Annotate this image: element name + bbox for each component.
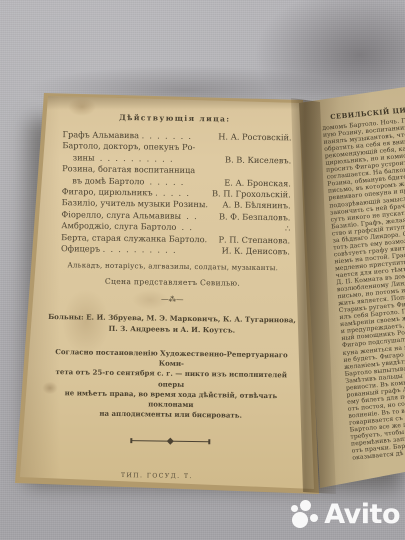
cast-performer: Н. А. Ростовскій. — [218, 131, 291, 143]
cast-performer: Р. П. Степанова. — [219, 234, 291, 246]
left-page-content: Дѣйствующія лица: Графъ Альмавива . . . … — [45, 104, 300, 481]
avito-logo-icon — [290, 500, 321, 529]
cast-list-row: Офицеръ . . . . . . . . . . И. К. Денисо… — [61, 243, 290, 258]
cast-performer: В. В. Киселевъ. — [225, 154, 291, 166]
synopsis-text: домомъ Бартоло. Ночь. Графъ ную Розину, … — [322, 111, 405, 461]
scene-note: Сцена представляетъ Севилью. — [47, 276, 297, 288]
avito-watermark: Avito — [290, 500, 400, 529]
asterism-ornament: —⁂— — [47, 293, 297, 305]
cast-list: Графъ Альмавива . . . . . . . Н. А. Рост… — [48, 129, 300, 258]
ensemble-note: Алькадъ, нотаріусъ, алгвазилы, солдаты, … — [48, 260, 298, 272]
cast-role: Офицеръ . . . . . . . . . . — [61, 243, 176, 256]
cast-list-header: Дѣйствующія лица: — [50, 112, 300, 124]
cast-performer: В. Ф. Безпаловъ. — [219, 211, 291, 223]
cast-performer: ∴ — [285, 224, 290, 235]
sick-notice: Больны: Е. И. Збруева, М. Э. Марковичъ, … — [47, 312, 297, 337]
committee-decree-line: на аплодисменты или бисировать. — [46, 408, 296, 422]
committee-decree: Согласно постановленію Художественно-Реп… — [46, 347, 297, 423]
avito-watermark-label: Avito — [324, 501, 400, 528]
cast-performer: И. К. Денисовъ. — [222, 245, 290, 257]
cast-performer: Е. А. Бронская. — [224, 177, 291, 189]
cast-performer: А. В. Бѣлянинъ. — [222, 200, 290, 212]
right-page-content: СЕВИЛЬСКІЙ ЦИРЮЛЬН домомъ Бартоло. Ночь.… — [321, 100, 405, 461]
rule-diamond-ornament — [131, 437, 209, 446]
